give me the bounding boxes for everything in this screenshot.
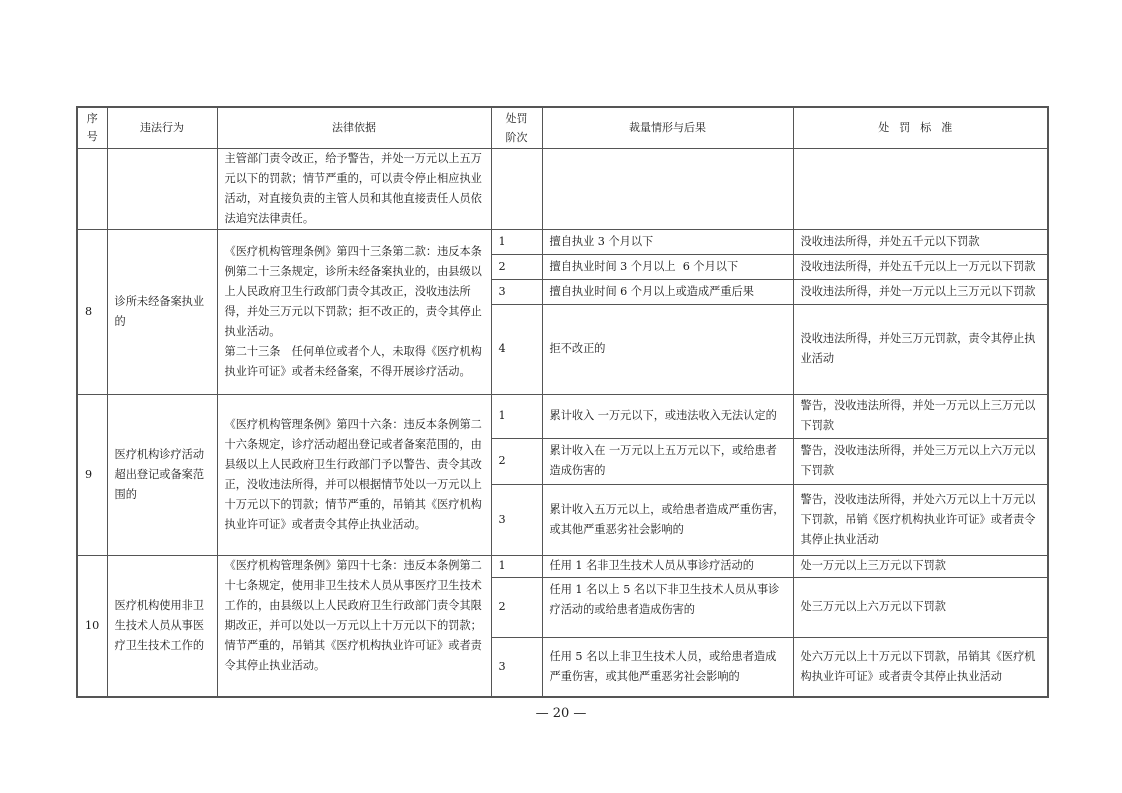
cell-circumstance: 擅自执业时间 6 个月以上或造成严重后果 (542, 279, 793, 304)
cell-no: 8 (77, 229, 107, 394)
cell-circumstance: 累计收入 一万元以下，或违法收入无法认定的 (542, 394, 793, 438)
cell-circumstance: 累计收入在 一万元以上五万元以下，或给患者造成伤害的 (542, 438, 793, 484)
cell-violation: 诊所未经备案执业的 (107, 229, 217, 394)
header-basis: 法律依据 (217, 107, 491, 148)
cell-circumstance: 任用 1 名非卫生技术人员从事诊疗活动的 (542, 555, 793, 577)
cell-circumstance: 擅自执业 3 个月以下 (542, 229, 793, 254)
cell-phase (491, 148, 542, 229)
cell-standard: 警告，没收违法所得，并处一万元以上三万元以下罚款 (793, 394, 1048, 438)
cell-circumstance (542, 148, 793, 229)
cell-violation (107, 148, 217, 229)
cell-no (77, 148, 107, 229)
table-row-continuation: 主管部门责令改正，给予警告，并处一万元以上五万元以下的罚款；情节严重的，可以责令… (77, 148, 1048, 229)
cell-standard: 没收违法所得，并处三万元罚款，责令其停止执业活动 (793, 304, 1048, 394)
cell-standard: 警告，没收违法所得，并处六万元以上十万元以下罚款，吊销《医疗机构执业许可证》或者… (793, 484, 1048, 555)
cell-violation: 医疗机构使用非卫生技术人员从事医疗卫生技术工作的 (107, 555, 217, 697)
header-violation: 违法行为 (107, 107, 217, 148)
penalty-standard-table: 序号 违法行为 法律依据 处罚阶次 裁量情形与后果 处罚标准 主管部门责令改正，… (76, 106, 1049, 698)
cell-circumstance: 任用 1 名以上 5 名以下非卫生技术人员从事诊疗活动的或给患者造成伤害的 (542, 577, 793, 637)
cell-phase: 4 (491, 304, 542, 394)
header-phase: 处罚阶次 (491, 107, 542, 148)
cell-standard: 警告，没收违法所得，并处三万元以上六万元以下罚款 (793, 438, 1048, 484)
cell-basis: 《医疗机构管理条例》第四十七条：违反本条例第二十七条规定，使用非卫生技术人员从事… (217, 555, 491, 697)
cell-phase: 3 (491, 637, 542, 697)
cell-violation: 医疗机构诊疗活动超出登记或备案范围的 (107, 394, 217, 555)
cell-basis: 《医疗机构管理条例》第四十三条第二款：违反本条例第二十三条规定，诊所未经备案执业… (217, 229, 491, 394)
cell-phase: 3 (491, 279, 542, 304)
cell-standard: 处一万元以上三万元以下罚款 (793, 555, 1048, 577)
cell-standard: 处三万元以上六万元以下罚款 (793, 577, 1048, 637)
cell-basis: 主管部门责令改正，给予警告，并处一万元以上五万元以下的罚款；情节严重的，可以责令… (217, 148, 491, 229)
cell-circumstance: 任用 5 名以上非卫生技术人员，或给患者造成严重伤害，或其他严重恶劣社会影响的 (542, 637, 793, 697)
cell-phase: 2 (491, 577, 542, 637)
cell-phase: 3 (491, 484, 542, 555)
table-row-10-level-1: 10 医疗机构使用非卫生技术人员从事医疗卫生技术工作的 《医疗机构管理条例》第四… (77, 555, 1048, 577)
cell-standard (793, 148, 1048, 229)
cell-phase: 1 (491, 555, 542, 577)
cell-standard: 没收违法所得，并处五千元以上一万元以下罚款 (793, 254, 1048, 279)
cell-phase: 1 (491, 229, 542, 254)
cell-circumstance: 累计收入五万元以上，或给患者造成严重伤害，或其他严重恶劣社会影响的 (542, 484, 793, 555)
header-circumstance: 裁量情形与后果 (542, 107, 793, 148)
table-header-row: 序号 违法行为 法律依据 处罚阶次 裁量情形与后果 处罚标准 (77, 107, 1048, 148)
table-row-9-level-1: 9 医疗机构诊疗活动超出登记或备案范围的 《医疗机构管理条例》第四十六条：违反本… (77, 394, 1048, 438)
cell-basis: 《医疗机构管理条例》第四十六条：违反本条例第二十六条规定，诊疗活动超出登记或者备… (217, 394, 491, 555)
cell-phase: 1 (491, 394, 542, 438)
basis-extra: 第二十三条 任何单位或者个人，未取得《医疗机构执业许可证》或者未经备案，不得开展… (225, 342, 484, 382)
cell-no: 9 (77, 394, 107, 555)
table-row-8-level-1: 8 诊所未经备案执业的 《医疗机构管理条例》第四十三条第二款：违反本条例第二十三… (77, 229, 1048, 254)
cell-no: 10 (77, 555, 107, 697)
cell-standard: 处六万元以上十万元以下罚款，吊销其《医疗机构执业许可证》或者责令其停止执业活动 (793, 637, 1048, 697)
header-no: 序号 (77, 107, 107, 148)
cell-phase: 2 (491, 438, 542, 484)
cell-phase: 2 (491, 254, 542, 279)
cell-standard: 没收违法所得，并处五千元以下罚款 (793, 229, 1048, 254)
cell-circumstance: 拒不改正的 (542, 304, 793, 394)
cell-standard: 没收违法所得，并处一万元以上三万元以下罚款 (793, 279, 1048, 304)
page-number: — 20 — (0, 706, 1122, 721)
cell-circumstance: 擅自执业时间 3 个月以上 6 个月以下 (542, 254, 793, 279)
basis-main: 《医疗机构管理条例》第四十三条第二款：违反本条例第二十三条规定，诊所未经备案执业… (225, 242, 484, 342)
header-standard: 处罚标准 (793, 107, 1048, 148)
